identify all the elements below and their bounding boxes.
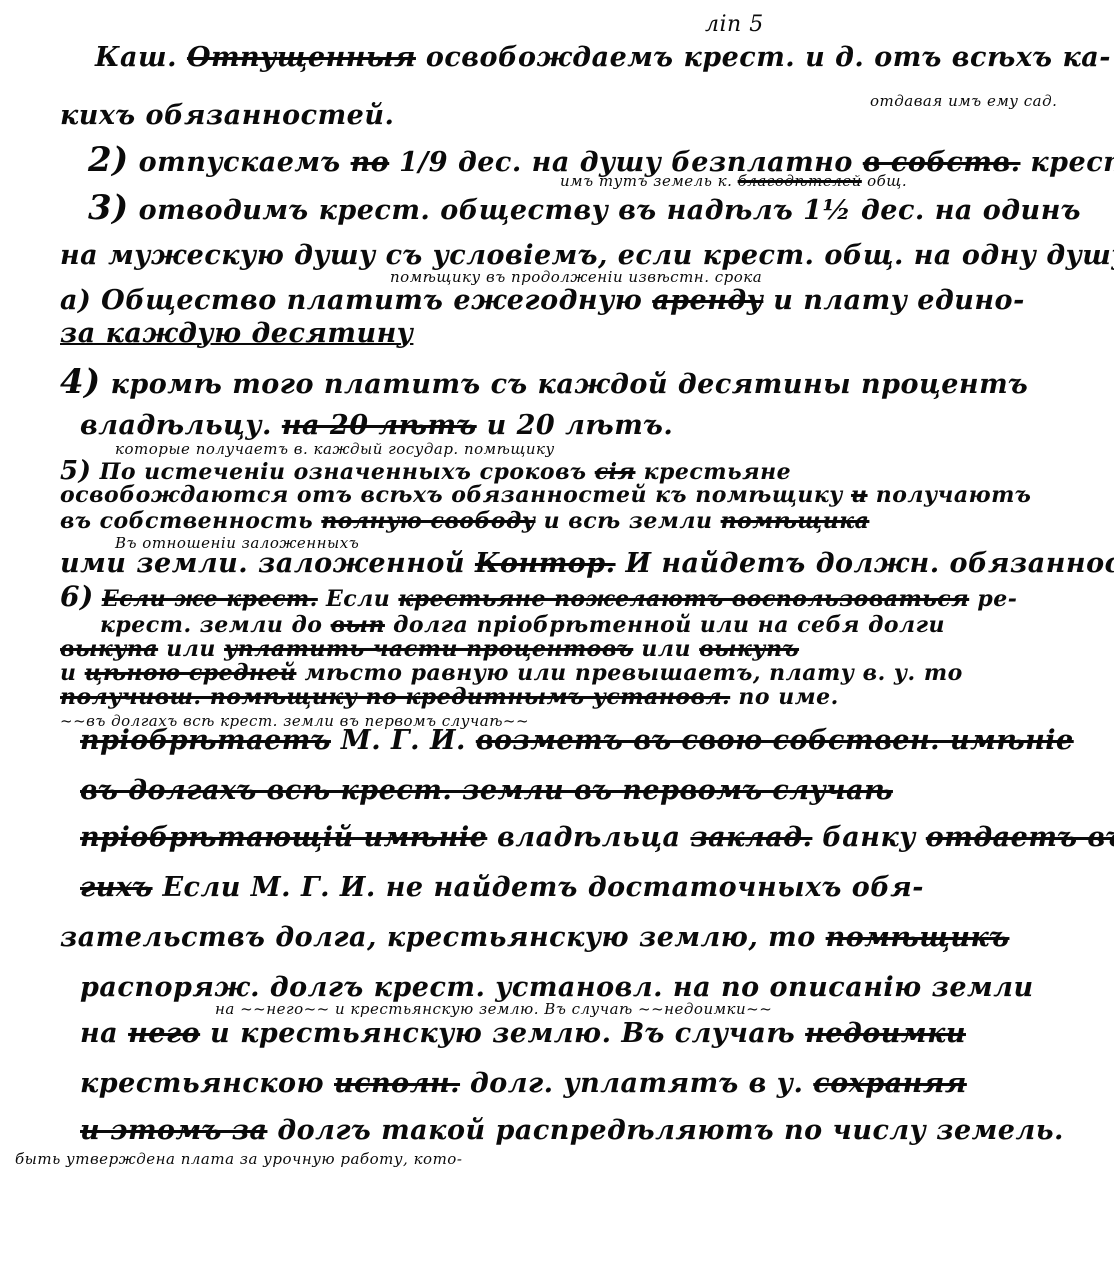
line-12: въ собственность полную свободу и всѣ зе…	[60, 508, 869, 534]
line-24: распоряж. долгъ крест. установл. на по о…	[80, 972, 1034, 1003]
interlinear-note-3: помѣщику въ продолженіи извѣстн. срока	[390, 268, 762, 286]
line-2: кихъ обязанностей.	[60, 100, 394, 131]
line-11: освобождаются отъ всѣхъ обязанностей къ …	[60, 482, 1031, 508]
line-27: и этомъ за долгъ такой распредѣляютъ по …	[80, 1115, 1064, 1146]
line-20: въ долгахъ всѣ крест. земли въ первомъ с…	[80, 775, 893, 806]
point-4: 4) кромѣ того платитъ съ каждой десятины…	[60, 362, 1028, 402]
line-23: зательствъ долга, крестьянскую землю, то…	[60, 922, 1009, 953]
line-5: на мужескую душу съ условіемъ, если крес…	[60, 240, 1114, 271]
line-25: на него и крестьянскую землю. Въ случаѣ …	[80, 1018, 966, 1049]
line-9: владѣльцу. на 20 лѣтъ и 20 лѣтъ.	[80, 410, 673, 441]
line-7: за каждую десятину	[60, 318, 413, 349]
interlinear-note-7: на ~~него~~ и крестьянскую землю. Въ слу…	[215, 1000, 772, 1018]
point-a: а) Общество платитъ ежегодную аренду и п…	[60, 285, 1025, 316]
line-19: пріобрѣтаетъ М. Г. И. возметъ въ свою со…	[80, 725, 1074, 756]
manuscript-page: ліп 5 Каш. Отпущенныя освобождаемъ крест…	[0, 0, 1114, 1287]
point-6: 6) Если же крест. Если крестьяне пожелаю…	[60, 580, 1017, 613]
point-3: 3) отводимъ крест. обществу въ надѣлъ 1½…	[88, 188, 1081, 228]
line-18: получивш. помѣщику по кредитнымъ установ…	[60, 684, 839, 710]
line-1: Каш. Отпущенныя освобождаемъ крест. и д.…	[95, 42, 1111, 73]
line-22: гихъ Если М. Г. И. не найдетъ достаточны…	[80, 872, 924, 903]
line-13: ими земли. заложенной Контор. И найдетъ …	[60, 548, 1114, 579]
interlinear-note-1: отдавая имъ ему сад.	[870, 92, 1057, 110]
interlinear-note-8: быть утверждена плата за урочную работу,…	[15, 1150, 462, 1168]
folio-mark: ліп 5	[705, 12, 764, 37]
line-26: крестьянскою исполн. долг. уплатятъ в у.…	[80, 1068, 967, 1099]
line-16: выкупа или уплатить части процентовъ или…	[60, 636, 799, 662]
line-17: и цѣною средней мѣсто равную или превыша…	[60, 660, 963, 686]
line-21: пріобрѣтающій имѣніе владѣльца заклад. б…	[80, 822, 1114, 853]
line-15: крест. земли до вып долга пріобрѣтенной …	[100, 612, 945, 638]
